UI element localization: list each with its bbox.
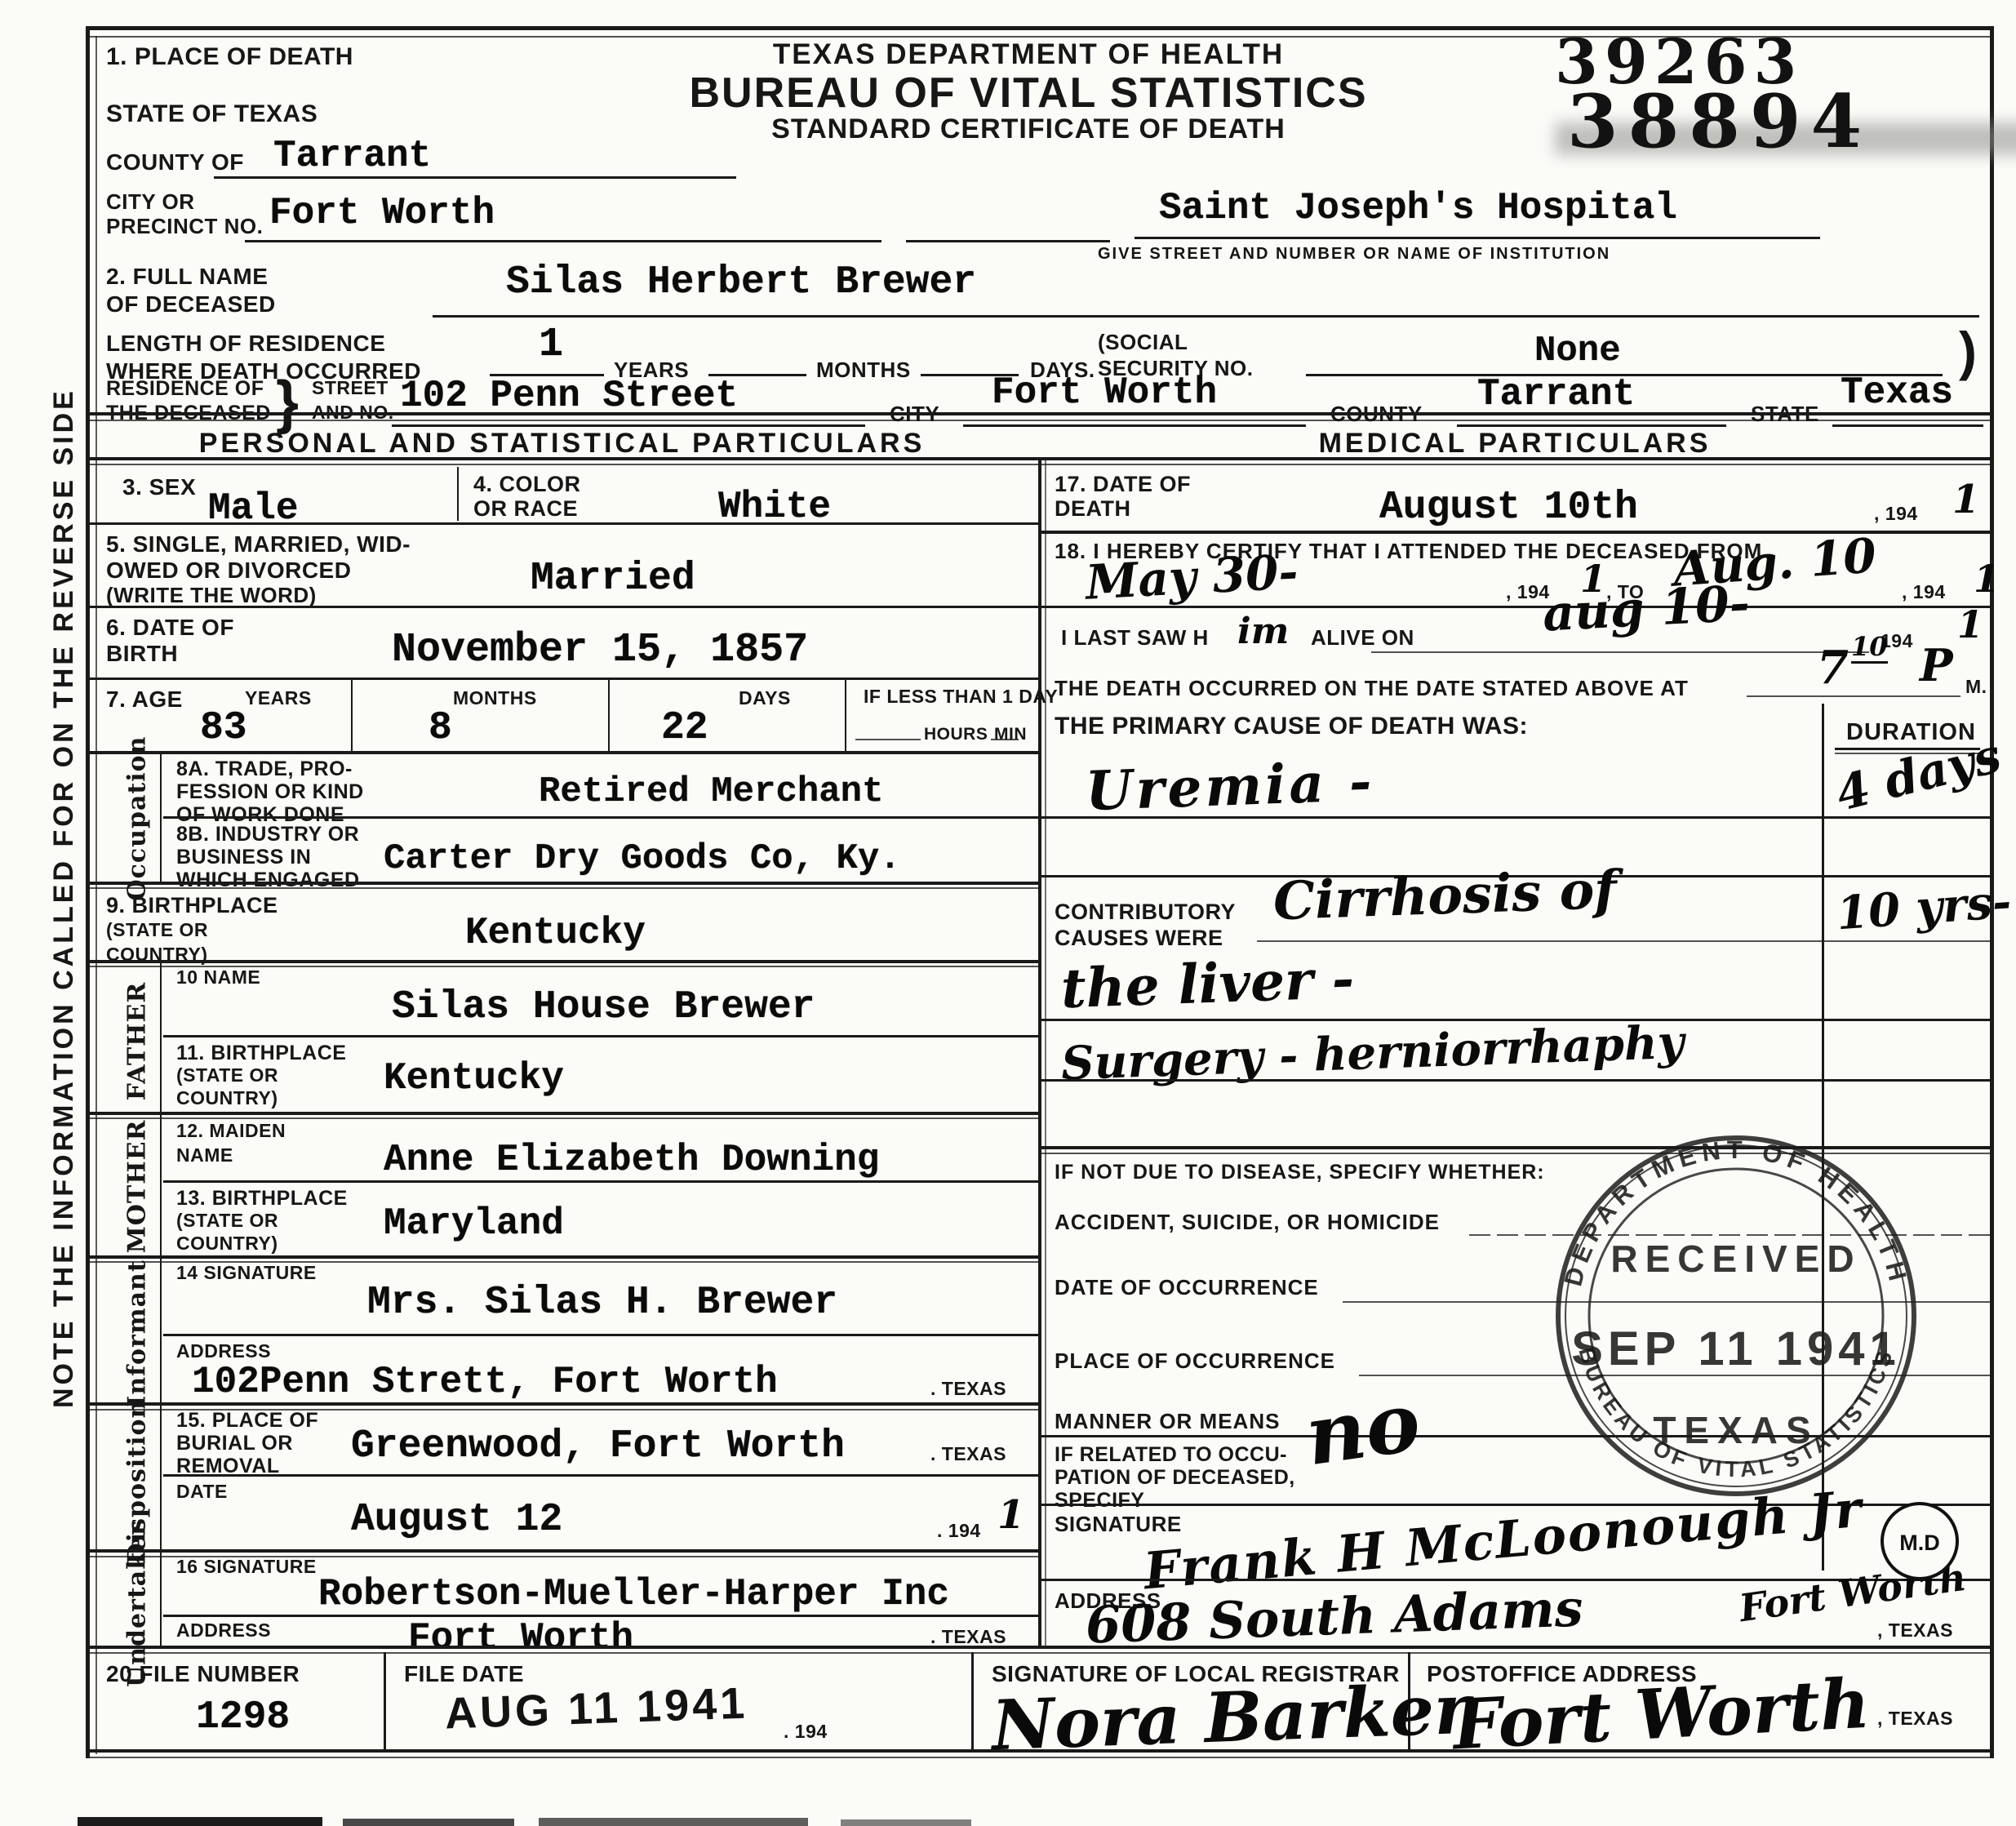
- lastsaw-rule: [1371, 651, 1869, 653]
- age-div-2: [608, 678, 610, 751]
- bottom-div-1: [384, 1652, 386, 1750]
- row5-rule: [86, 606, 1038, 608]
- age-min-label: MIN: [994, 725, 1027, 745]
- contrib-value-3-hw: Surgery - herniorrhaphy: [1060, 1020, 1685, 1087]
- row7-rule: [86, 751, 1038, 754]
- row8b-rule-2: [86, 887, 1038, 889]
- bottom-section-rule-2: [86, 1652, 1994, 1654]
- burial-label-2: BURIAL OR: [176, 1432, 293, 1456]
- medical-section-title: MEDICAL PARTICULARS: [1038, 428, 1992, 460]
- dod-year: , 194: [1874, 503, 1918, 525]
- attended-from-hw: May 30-: [1085, 548, 1299, 606]
- mother-bp-label-2: (STATE OR: [176, 1210, 278, 1232]
- related-label-3: SPECIFY: [1055, 1489, 1144, 1513]
- file-number-value: 1298: [196, 1698, 290, 1737]
- birthplace-label-1: 9. BIRTHPLACE: [106, 893, 278, 919]
- mother-name-label-2: NAME: [176, 1144, 233, 1166]
- contrib-duration-hw: 10 yrs-: [1835, 879, 2013, 937]
- age-less-label: IF LESS THAN 1 DAY: [864, 686, 1058, 708]
- trade-label-2: FESSION OR KIND: [176, 780, 364, 805]
- trade-label-1: 8A. TRADE, PRO-: [176, 758, 353, 782]
- informant-sig-label: 14 SIGNATURE: [176, 1262, 317, 1284]
- row11-rule: [86, 1112, 1038, 1115]
- lastsaw-year-hw: 1: [1957, 606, 1983, 643]
- burial-state: . TEXAS: [930, 1443, 1006, 1465]
- burial-value: Greenwood, Fort Worth: [351, 1427, 845, 1466]
- institution-value: Saint Joseph's Hospital: [1159, 189, 1677, 227]
- registrar-signature: Nora Barker: [991, 1675, 1472, 1760]
- informant-addr-label: ADDRESS: [176, 1340, 271, 1362]
- attended-to-year-hw: 1: [1974, 560, 2000, 598]
- dob-value: November 15, 1857: [392, 630, 808, 671]
- age-years-value: 83: [200, 709, 247, 748]
- state2-value: Texas: [1841, 374, 1953, 411]
- street-value: 102 Penn Street: [400, 377, 738, 415]
- row11-rule-2: [86, 1117, 1038, 1119]
- father-bp-label-3: COUNTRY): [176, 1087, 278, 1109]
- institution-caption: GIVE STREET AND NUMBER OR NAME OF INSTIT…: [1098, 245, 1610, 264]
- county-rule: [214, 176, 736, 179]
- primary-cause-hw: Uremia -: [1085, 754, 1375, 818]
- county-value: Tarrant: [273, 137, 431, 175]
- file-date-label: FILE DATE: [404, 1660, 524, 1687]
- dod-year-hw: 1: [1952, 480, 1979, 519]
- age-months-label: MONTHS: [453, 687, 537, 709]
- father-bp-label-2: (STATE OR: [176, 1064, 278, 1086]
- lastsaw-label-2: ALIVE ON: [1311, 625, 1414, 651]
- attended-to-year: , 194: [1902, 581, 1946, 603]
- undertaker-side-label: Undertaker: [123, 1482, 152, 1727]
- dod-label-1: 17. DATE OF: [1055, 472, 1191, 498]
- death-certificate-scan: NOTE THE INFORMATION CALLED FOR ON THE R…: [0, 0, 2016, 1826]
- row3-rule: [86, 522, 1038, 525]
- occurred-time-sup-hw: 10: [1851, 633, 1888, 664]
- dod-value: August 10th: [1379, 488, 1638, 527]
- border-left-2: [95, 36, 97, 1754]
- related-label-1: IF RELATED TO OCCU-: [1055, 1443, 1287, 1468]
- mother-bp-label-1: 13. BIRTHPLACE: [176, 1187, 348, 1211]
- age-months-value: 8: [429, 709, 452, 748]
- sex-color-divider: [457, 467, 459, 521]
- county2-rule: [1457, 424, 1726, 427]
- postoffice-state: , TEXAS: [1877, 1708, 1953, 1730]
- informant-addr-state: . TEXAS: [930, 1378, 1006, 1400]
- city2-value: Fort Worth: [992, 374, 1217, 411]
- color-label-1: 4. COLOR: [473, 472, 581, 498]
- industry-label-2: BUSINESS IN: [176, 846, 311, 870]
- occurred-time-p-hw: P: [1920, 643, 1953, 687]
- stamp-received: RECEIVED: [1610, 1237, 1861, 1280]
- ssn-paren: ): [1959, 320, 1977, 382]
- personal-section-title: PERSONAL AND STATISTICAL PARTICULARS: [86, 428, 1038, 460]
- res-deceased-label-1: RESIDENCE OF: [106, 377, 264, 402]
- street-rule: [392, 424, 865, 427]
- contrib-label-1: CONTRIBUTORY: [1055, 900, 1236, 926]
- stamp-texas: TEXAS: [1653, 1409, 1818, 1451]
- lastsaw-label-1: I LAST SAW H: [1061, 625, 1209, 651]
- certify-rule: [1038, 606, 1992, 608]
- dob-label-1: 6. DATE OF: [106, 614, 234, 641]
- birthplace-label-2: (STATE OR: [106, 919, 208, 941]
- dept-title: TEXAS DEPARTMENT OF HEALTH: [579, 38, 1477, 71]
- age-days-value: 22: [661, 709, 708, 748]
- father-name-value: Silas House Brewer: [392, 988, 815, 1027]
- mother-name-value: Anne Elizabeth Downing: [384, 1141, 879, 1179]
- contrib-value-1-hw: Cirrhosis of: [1272, 864, 1618, 929]
- column-divider: [1038, 457, 1041, 1646]
- physician-addr-state: , TEXAS: [1877, 1619, 1953, 1642]
- informant-sig-value: Mrs. Silas H. Brewer: [367, 1283, 837, 1322]
- state-of-texas-label: STATE OF TEXAS: [106, 100, 317, 128]
- fullname-label-2: OF DECEASED: [106, 291, 276, 318]
- mother-name-label-1: 12. MAIDEN: [176, 1120, 286, 1142]
- institution-rule: [1135, 237, 1820, 239]
- burial-date-year-hw: 1: [997, 1495, 1024, 1535]
- county2-value: Tarrant: [1477, 375, 1635, 413]
- residence-length-label-1: LENGTH OF RESIDENCE: [106, 330, 385, 357]
- lastsaw-value-hw: aug 10-: [1542, 579, 1752, 638]
- strip-informant: [160, 1255, 162, 1406]
- date-occ-label: DATE OF OCCURRENCE: [1055, 1275, 1319, 1300]
- primary-rule: [1038, 816, 1822, 819]
- accident-label: ACCIDENT, SUICIDE, OR HOMICIDE: [1055, 1210, 1440, 1235]
- file-date-year: . 194: [784, 1721, 828, 1743]
- state2-rule: [1832, 424, 1983, 427]
- marital-value: Married: [531, 559, 695, 598]
- border-left: [86, 26, 90, 1758]
- color-label-2: OR RACE: [473, 496, 578, 522]
- marital-label-3: (WRITE THE WORD): [106, 583, 317, 608]
- burial-date-value: August 12: [351, 1500, 562, 1539]
- place-occ-label: PLACE OF OCCURRENCE: [1055, 1348, 1335, 1374]
- row15-rule: [163, 1474, 1038, 1477]
- postoffice-value-hw: Fort Worth: [1451, 1669, 1872, 1760]
- physician-addr-hw: 608 South Adams: [1085, 1583, 1583, 1651]
- lastsaw-im-hw: im: [1237, 614, 1289, 650]
- margin-note: NOTE THE INFORMATION CALLED FOR ON THE R…: [47, 306, 80, 1490]
- undertaker-sig-label: 16 SIGNATURE: [176, 1556, 317, 1578]
- row10-rule: [163, 1035, 1038, 1037]
- bottom-section-rule: [86, 1646, 1994, 1649]
- ssn-label-1: (SOCIAL: [1098, 330, 1188, 355]
- primary-label: THE PRIMARY CAUSE OF DEATH WAS:: [1055, 712, 1528, 740]
- bottom-div-2: [971, 1652, 974, 1750]
- city-label-2: PRECINCT NO.: [106, 214, 263, 239]
- city2-rule: [963, 424, 1306, 427]
- father-name-label: 10 NAME: [176, 966, 260, 989]
- strip-disposition: [160, 1402, 162, 1549]
- age-hours-label: HOURS: [924, 725, 988, 745]
- fullname-label-1: 2. FULL NAME: [106, 263, 268, 290]
- occurred-label: THE DEATH OCCURRED ON THE DATE STATED AB…: [1055, 676, 1689, 701]
- row12-rule: [163, 1180, 1038, 1183]
- contrib-label-2: CAUSES WERE: [1055, 926, 1223, 952]
- fullname-rule: [433, 315, 1979, 318]
- informant-addr-value: 102Penn Strett, Fort Worth: [192, 1363, 778, 1401]
- father-bp-label-1: 11. BIRTHPLACE: [176, 1042, 346, 1066]
- strip-occupation: [160, 751, 162, 882]
- burial-date-year: . 194: [937, 1520, 981, 1542]
- father-bp-value: Kentucky: [384, 1060, 564, 1097]
- trade-value: Retired Merchant: [539, 774, 883, 810]
- fullname-value: Silas Herbert Brewer: [506, 263, 976, 302]
- md-circle: M.D: [1882, 1504, 1957, 1579]
- age-div-3: [845, 678, 846, 751]
- mother-bp-value: Maryland: [384, 1205, 564, 1242]
- occurred-m-label: M.: [1965, 676, 1987, 698]
- residence-years-value: 1: [539, 325, 563, 366]
- contrib-value-2-hw: the liver -: [1060, 952, 1355, 1015]
- contrib-rule-3: [1038, 1079, 1992, 1082]
- scan-artifact-4: [841, 1819, 971, 1826]
- birthplace-value: Kentucky: [465, 914, 646, 952]
- related-value-hw: no: [1301, 1380, 1425, 1477]
- manner-label: MANNER OR MEANS: [1055, 1409, 1280, 1434]
- ssn-value: None: [1534, 333, 1621, 369]
- age-days-label: DAYS: [739, 687, 791, 709]
- street-label-1: STREET: [312, 377, 389, 399]
- marital-label-1: 5. SINGLE, MARRIED, WID-: [106, 531, 411, 558]
- row14-rule: [163, 1334, 1038, 1336]
- bureau-title: BUREAU OF VITAL STATISTICS: [539, 69, 1518, 118]
- city-label-1: CITY OR: [106, 189, 194, 215]
- row8b-rule: [86, 882, 1038, 885]
- row14b-rule: [86, 1402, 1038, 1406]
- row15b-rule: [86, 1549, 1038, 1553]
- burial-label-1: 15. PLACE OF: [176, 1409, 318, 1433]
- column-divider-2: [1045, 457, 1046, 1646]
- dod-label-2: DEATH: [1055, 496, 1131, 522]
- county-label: COUNTY OF: [106, 149, 244, 175]
- undertaker-sig-value: Robertson-Mueller-Harper Inc: [318, 1575, 949, 1613]
- city-rule-2: [906, 240, 1110, 242]
- months-label: MONTHS: [816, 358, 911, 383]
- city-rule: [245, 240, 881, 242]
- hours-rule: [855, 739, 921, 740]
- marital-label-2: OWED OR DIVORCED: [106, 557, 351, 584]
- dob-label-2: BIRTH: [106, 640, 178, 667]
- age-div-1: [351, 678, 353, 751]
- row13-rule: [86, 1255, 1038, 1259]
- row6-rule: [86, 678, 1038, 680]
- color-value: White: [718, 488, 831, 526]
- mother-bp-label-3: COUNTRY): [176, 1233, 278, 1255]
- file-date-stamp: AUG 11 1941: [444, 1678, 748, 1739]
- stamp-date: SEP 11 1941: [1571, 1322, 1901, 1375]
- physician-sig-label: SIGNATURE: [1055, 1512, 1182, 1537]
- industry-label-1: 8B. INDUSTRY OR: [176, 823, 359, 847]
- row8a-rule: [163, 816, 1038, 819]
- row9-rule: [86, 960, 1038, 963]
- section-divider-top: [86, 412, 1994, 415]
- strip-mother: [160, 1112, 162, 1255]
- related-label-2: PATION OF DECEASED,: [1055, 1466, 1295, 1491]
- contrib-rule-1: [1257, 940, 1822, 942]
- received-stamp: DEPARTMENT OF HEALTH BUREAU OF VITAL STA…: [1534, 1110, 2008, 1600]
- section1-label: 1. PLACE OF DEATH: [106, 42, 353, 71]
- contrib-duration-rule: [1824, 940, 1992, 942]
- primary-duration-rule: [1824, 816, 1992, 819]
- burial-date-label: DATE: [176, 1481, 228, 1503]
- occurred-rule: [1747, 695, 1960, 697]
- scan-artifact-1: [78, 1817, 322, 1826]
- scan-artifact-3: [539, 1818, 808, 1826]
- certificate-number-bottom: 38894: [1567, 85, 1872, 158]
- standard-title: STANDARD CERTIFICATE OF DEATH: [579, 113, 1477, 145]
- age-years-label: YEARS: [245, 687, 312, 709]
- section-divider-top-2: [86, 420, 1994, 421]
- strip-undertaker: [160, 1549, 162, 1646]
- occurred-time-hw: 7: [1817, 645, 1849, 691]
- industry-label-3: WHICH ENGAGED: [176, 869, 360, 893]
- strip-father: [160, 960, 162, 1115]
- md-label: M.D: [1899, 1531, 1940, 1555]
- undertaker-addr-label: ADDRESS: [176, 1619, 271, 1642]
- sex-label: 3. SEX: [122, 473, 196, 500]
- ifnot-label: IF NOT DUE TO DISEASE, SPECIFY WHETHER:: [1055, 1161, 1545, 1185]
- scan-artifact-2: [343, 1819, 514, 1826]
- city-value: Fort Worth: [269, 194, 495, 232]
- file-number-label: 20 FILE NUMBER: [106, 1660, 300, 1687]
- industry-value: Carter Dry Goods Co, Ky.: [384, 841, 901, 877]
- res-brace: }: [276, 369, 299, 436]
